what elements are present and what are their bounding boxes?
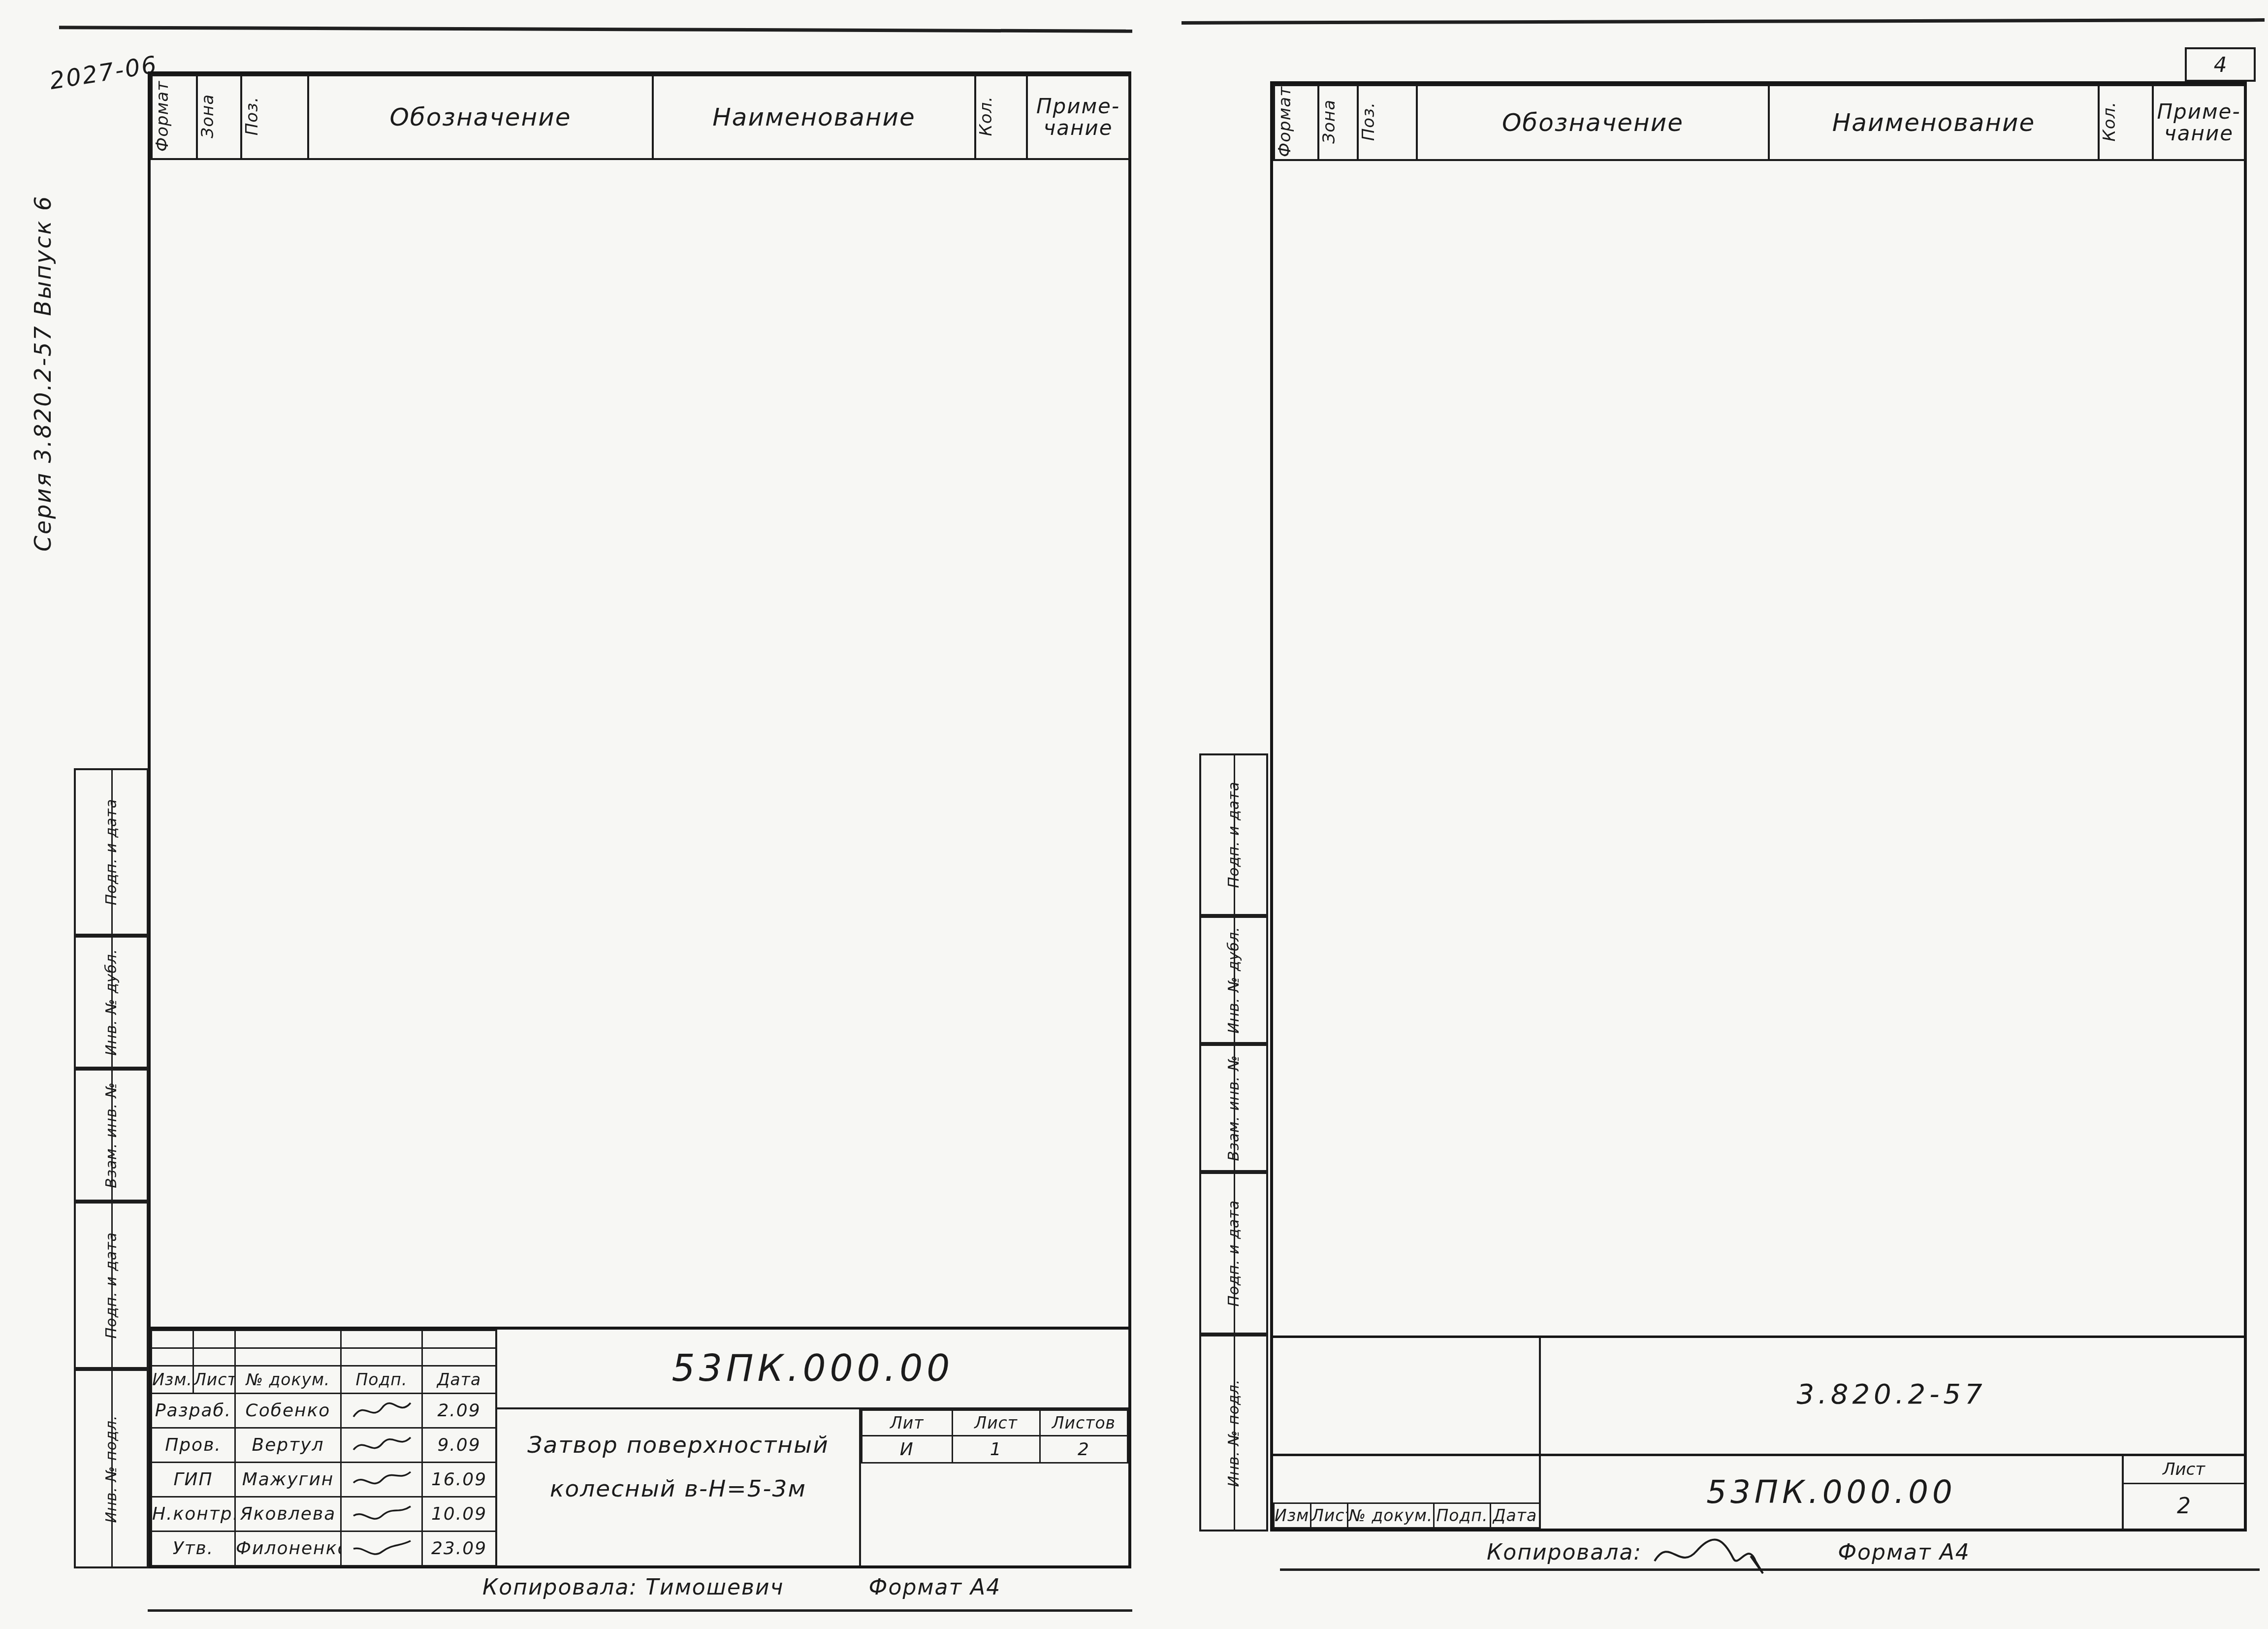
approval-name: Вертул [235,1428,341,1463]
scan-edge-line [59,26,1132,33]
series-row: 3.820.2-57 [1273,1338,2244,1456]
approval-role: Пров. [152,1428,235,1463]
lit-value: И [862,1436,953,1463]
sidebar-box: Подп. и дата [74,768,149,936]
approval-header-row: Изм. Лист № докум. Подп. Дата [1274,1503,1540,1528]
sidebar-label: Взам. инв. № [103,1082,120,1188]
approval-row: Н.контр.Яковлева10.09 [152,1497,496,1531]
approval-signature [341,1497,422,1531]
stamp-right-part: 53ПК.000.00 Затвор поверхностный колесны… [495,1330,1128,1565]
approval-date: 10.09 [422,1497,496,1531]
approval-date: 16.09 [422,1463,496,1497]
sidebar-box: Взам. инв. № [1199,1044,1268,1172]
col-header-qty: Кол. [2099,85,2153,160]
sidebar-label: Взам. инв. № [1225,1055,1243,1161]
sidebar-box: Инв. № дубл. [1199,916,1268,1044]
sidebar-label: Подп. и дата [103,799,120,905]
sidebar-box: Подп. и дата [74,1202,149,1369]
sheet-cell: Лист 2 [2124,1456,2244,1529]
right-sheet-frame: Формат Зона Поз. Обозначение Наименовани… [1270,81,2247,1531]
sidebar-label: Подп. и дата [103,1232,120,1338]
approval-signature [341,1394,422,1428]
sidebar-label: Инв. № дубл. [103,948,120,1055]
approval-signature [341,1428,422,1463]
scan-edge-line [148,1609,1132,1612]
col-header-qty: Кол. [975,75,1027,159]
approval-row: Пров.Вертул9.09 [152,1428,496,1463]
copied-by-caption-left: Копировала: Тимошевич Формат А4 [482,1575,1001,1600]
handwritten-corner-note: 2027-06 [48,51,160,95]
approval-name: Филоненко [235,1531,341,1566]
approval-name: Собенко [235,1394,341,1428]
col-header-note: Приме- чание [2153,85,2245,160]
page-number: 4 [2185,47,2256,82]
col-header-zone: Зона [1318,85,1358,160]
doc-title-line2: колесный в-Н=5-3м [497,1467,859,1511]
title-block-left: Изм. Лист № докум. Подп. Дата Разраб.Соб… [151,1327,1128,1565]
col-header-designation: Обозначение [1417,85,1769,160]
approval-name: Яковлева [235,1497,341,1531]
doc-title-cell: Затвор поверхностный колесный в-Н=5-3м [497,1409,861,1565]
approval-role: Разраб. [152,1394,235,1428]
sidebar-label: Инв. № подл. [1225,1379,1243,1487]
approval-row: ГИПМажугин16.09 [152,1463,496,1497]
sidebar-box: Взам. инв. № [74,1069,149,1202]
doc-number: 53ПК.000.00 [1541,1456,2124,1529]
sidebar-label: Подп. и дата [1225,1200,1243,1306]
sidebar-box: Инв. № подл. [74,1369,149,1568]
doc-title-line1: Затвор поверхностный [497,1423,859,1467]
sidebar-label: Инв. № дубл. [1225,926,1243,1033]
sidebar-box: Подп. и дата [1199,1172,1268,1335]
lit-grid: Лит Лист Листов И 1 2 [861,1409,1128,1464]
sheets-value: 2 [1040,1436,1127,1463]
doc-number: 53ПК.000.00 [497,1330,1128,1409]
spec-header-row: Формат Зона Поз. Обозначение Наименовани… [152,75,1129,159]
col-header-designation: Обозначение [308,75,653,159]
spec-table-left: Формат Зона Поз. Обозначение Наименовани… [151,74,1130,160]
col-header-pos: Поз. [241,75,308,159]
sheet-label: Лист [2124,1456,2244,1484]
signature [350,1397,414,1425]
spec-table-right: Формат Зона Поз. Обозначение Наименовани… [1273,84,2246,161]
signature [350,1432,414,1459]
signature [350,1500,414,1528]
approval-date: 2.09 [422,1394,496,1428]
approval-row: Разраб.Собенко2.09 [152,1394,496,1428]
approval-role: Утв. [152,1531,235,1566]
scanned-spec-sheet: 2027-06 Серия 3.820.2-57 Выпуск 6 4 Форм… [0,0,2268,1629]
col-header-format: Формат [152,75,197,159]
approval-signature [341,1463,422,1497]
sidebar-label: Подп. и дата [1225,782,1243,888]
approval-role: Н.контр. [152,1497,235,1531]
scan-edge-line [1182,18,2265,25]
copied-by-caption-right: Копировала: Формат А4 [1487,1531,1970,1576]
left-sheet-frame: Формат Зона Поз. Обозначение Наименовани… [148,71,1131,1568]
col-header-name: Наименование [653,75,975,159]
series-number: 3.820.2-57 [1539,1338,2244,1454]
col-header-format: Формат [1274,85,1318,160]
stamp-bottom-strip: Изм. Лист № докум. Подп. Дата 53ПК.000.0… [1273,1456,2244,1529]
sidebar-box: Подп. и дата [1199,753,1268,916]
approval-date: 23.09 [422,1531,496,1566]
approval-signature [341,1531,422,1566]
signature [350,1466,414,1494]
col-header-pos: Поз. [1358,85,1417,160]
sidebar-label: Инв. № подл. [103,1415,120,1523]
sheet-number: 2 [2124,1484,2244,1529]
spec-header-row: Формат Зона Поз. Обозначение Наименовани… [1274,85,2245,160]
approval-name: Мажугин [235,1463,341,1497]
sidebar-box: Инв. № подл. [1199,1335,1268,1531]
title-block-right: 3.820.2-57 Изм. Лист № докум. Подп. Дата [1273,1336,2244,1529]
signature [1650,1531,1778,1576]
col-header-name: Наименование [1769,85,2099,160]
sheet-value: 1 [952,1436,1040,1463]
approval-row: Утв.Филоненко23.09 [152,1531,496,1566]
signature [350,1535,414,1563]
col-header-zone: Зона [197,75,241,159]
approval-date: 9.09 [422,1428,496,1463]
col-header-note: Приме- чание [1027,75,1129,159]
approval-role: ГИП [152,1463,235,1497]
approval-table: Изм. Лист № докум. Подп. Дата Разраб.Соб… [151,1330,497,1566]
approval-header-row: Изм. Лист № докум. Подп. Дата [152,1366,496,1394]
sidebar-box: Инв. № дубл. [74,936,149,1069]
revision-grid: Изм. Лист № докум. Подп. Дата [1273,1456,1541,1529]
